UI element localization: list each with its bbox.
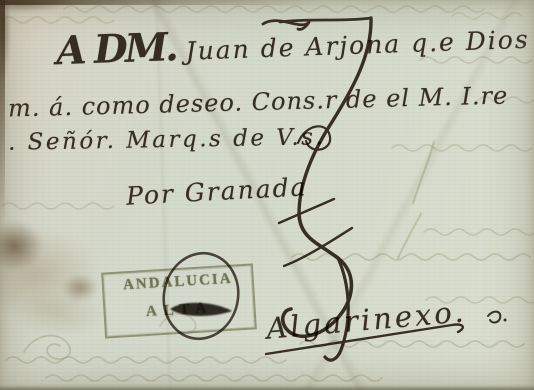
routing-line: Por Granada	[125, 172, 308, 210]
letter-cover-scan: A DM.Juan de Arjona q.e Dios m. á. como …	[0, 0, 534, 390]
address-line-1: A DM.Juan de Arjona q.e Dios	[55, 12, 530, 75]
scan-edge-top	[0, 0, 320, 5]
address-salutation: A DM.	[55, 24, 176, 74]
address-line-1-text: Juan de Arjona q.e Dios	[185, 25, 530, 66]
scan-edge-left	[0, 0, 5, 226]
postmark-box: ANDALUCIA ALTA	[101, 263, 257, 338]
scan-edge-bottom	[0, 385, 534, 390]
address-line-2: m. á. como deseo. Cons.r de el M. I.re	[8, 81, 509, 122]
postmark-line-2: ALTA	[105, 297, 254, 323]
postmark-line-1: ANDALUCIA	[103, 270, 252, 296]
address-line-3: . Señór. Marq.s de V.s.	[8, 124, 326, 156]
destination-line: Algarinexo.	[265, 294, 468, 345]
